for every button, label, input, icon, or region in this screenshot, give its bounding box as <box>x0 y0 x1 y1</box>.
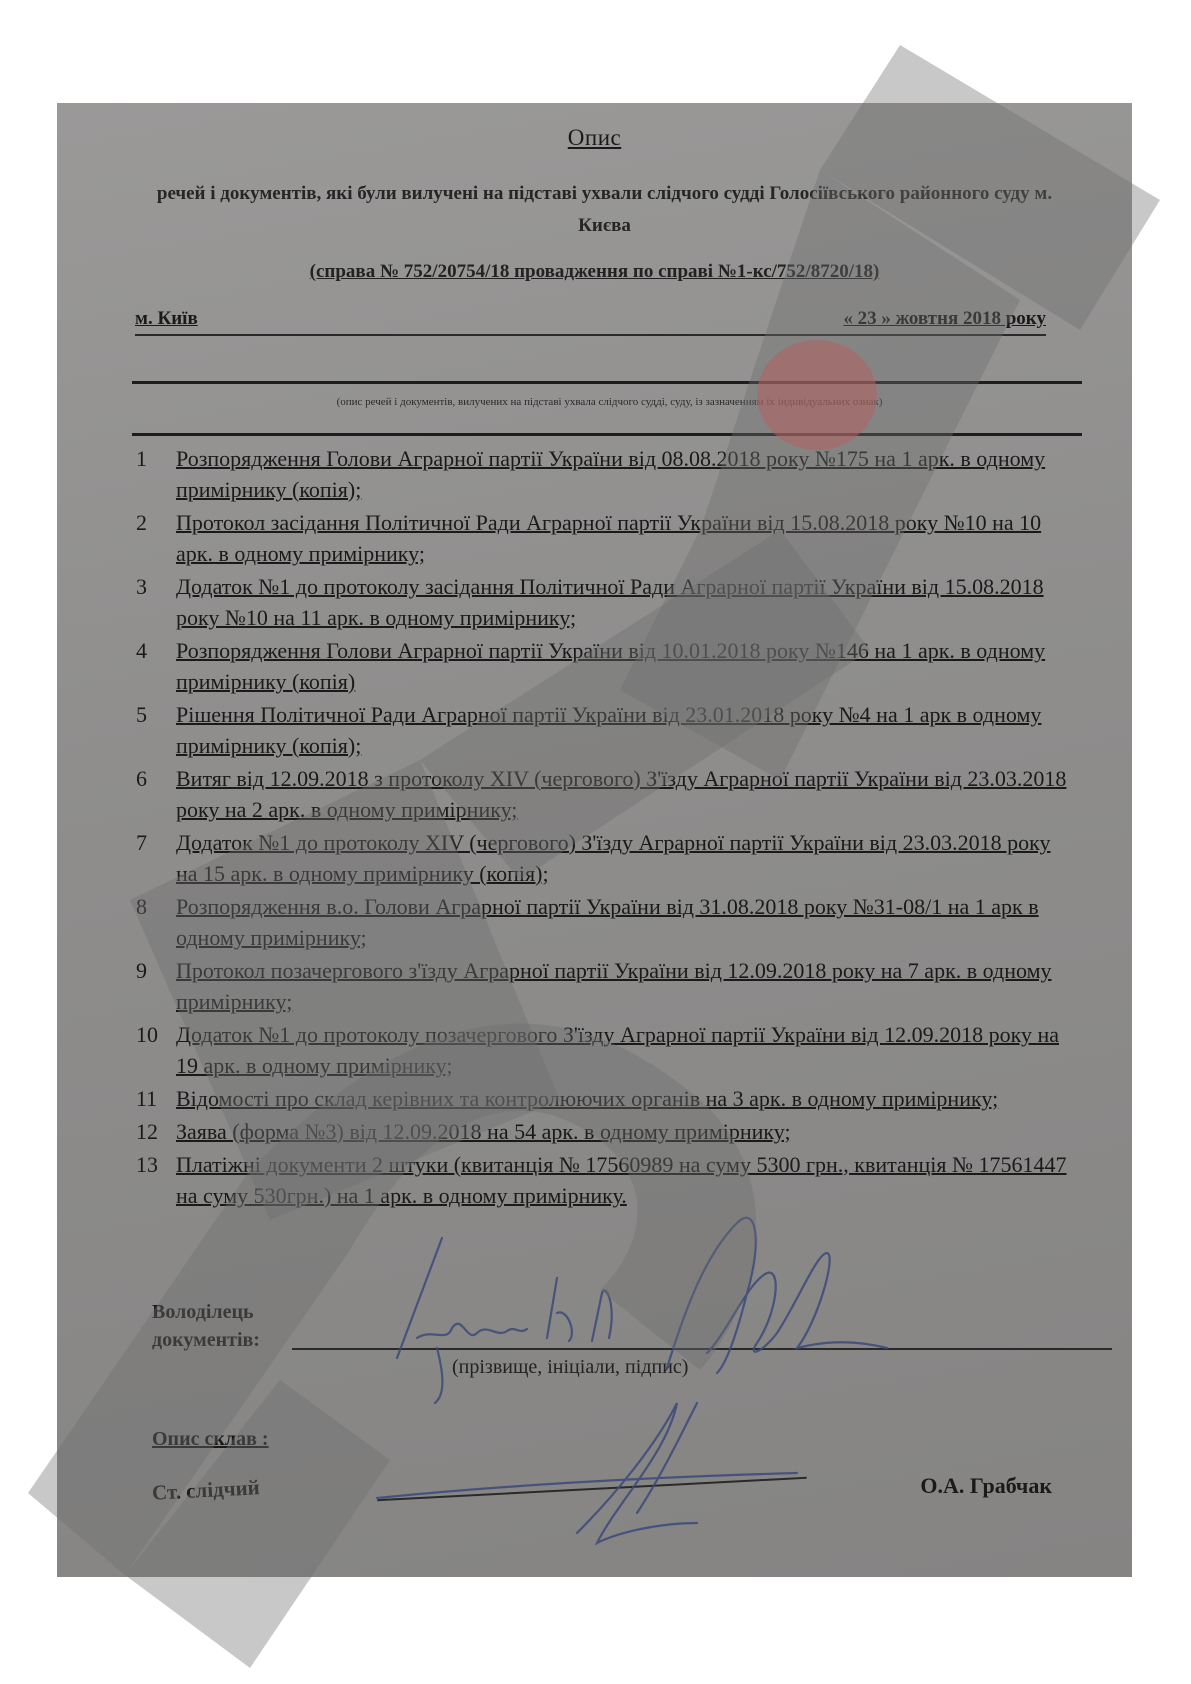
list-item: 2Протокол засідання Політичної Ради Агра… <box>132 507 1077 569</box>
list-item: 11Відомості про склад керівних та контро… <box>132 1083 1077 1114</box>
item-text: Протокол засідання Політичної Ради Аграр… <box>176 507 1077 569</box>
item-text: Відомості про склад керівних та контролю… <box>176 1083 998 1114</box>
item-text: Розпорядження в.о. Голови Аграрної парті… <box>176 891 1077 953</box>
item-number: 7 <box>132 827 176 889</box>
place-date-row: м. Київ « 23 » жовтня 2018 року <box>135 308 1046 336</box>
item-text: Розпорядження Голови Аграрної партії Укр… <box>176 443 1077 505</box>
item-text: Платіжні документи 2 штуки (квитанція № … <box>176 1149 1077 1211</box>
divider <box>132 433 1082 436</box>
list-item: 3Додаток №1 до протоколу засідання Політ… <box>132 571 1077 633</box>
item-number: 2 <box>132 507 176 569</box>
investigator-name: О.А. Грабчак <box>920 1473 1052 1499</box>
list-item: 4Розпорядження Голови Аграрної партії Ук… <box>132 635 1077 697</box>
item-number: 1 <box>132 443 176 505</box>
item-text: Рішення Політичної Ради Аграрної партії … <box>176 699 1077 761</box>
scanned-page: Опис речей і документів, які були вилуче… <box>57 103 1132 1577</box>
composed-by-label: Опис склав : <box>152 1428 269 1451</box>
item-number: 12 <box>132 1116 176 1147</box>
document-title: Опис <box>57 125 1132 151</box>
list-item: 5Рішення Політичної Ради Аграрної партії… <box>132 699 1077 761</box>
item-text: Додаток №1 до протоколу XIV (чергового) … <box>176 827 1077 889</box>
investigator-signature-line <box>377 1477 807 1502</box>
item-number: 8 <box>132 891 176 953</box>
owner-label: Володілець документів: <box>152 1298 260 1354</box>
item-text: Розпорядження Голови Аграрної партії Укр… <box>176 635 1077 697</box>
list-item: 13Платіжні документи 2 штуки (квитанція … <box>132 1149 1077 1211</box>
red-dot-mark <box>757 340 877 450</box>
item-number: 4 <box>132 635 176 697</box>
date: « 23 » жовтня 2018 року <box>843 308 1046 330</box>
item-number: 10 <box>132 1019 176 1081</box>
document-content: Опис речей і документів, які були вилуче… <box>57 103 1132 1577</box>
item-text: Додаток №1 до протоколу позачергового З'… <box>176 1019 1077 1081</box>
item-text: Заява (форма №3) від 12.09.2018 на 54 ар… <box>176 1116 791 1147</box>
list-item: 8Розпорядження в.о. Голови Аграрної парт… <box>132 891 1077 953</box>
list-item: 12Заява (форма №3) від 12.09.2018 на 54 … <box>132 1116 1077 1147</box>
item-number: 5 <box>132 699 176 761</box>
item-text: Витяг від 12.09.2018 з протоколу XIV (че… <box>176 763 1077 825</box>
document-subtitle: речей і документів, які були вилучені на… <box>137 178 1072 242</box>
item-text: Протокол позачергового з'їзду Аграрної п… <box>176 955 1077 1017</box>
owner-label-line1: Володілець <box>152 1298 260 1326</box>
list-item: 6Витяг від 12.09.2018 з протоколу XIV (ч… <box>132 763 1077 825</box>
item-number: 11 <box>132 1083 176 1114</box>
items-caption: (опис речей і документів, вилучених на п… <box>147 396 1072 408</box>
item-number: 9 <box>132 955 176 1017</box>
owner-signature-line <box>292 1348 1112 1350</box>
list-item: 7Додаток №1 до протоколу XIV (чергового)… <box>132 827 1077 889</box>
divider <box>132 381 1082 384</box>
list-item: 9Протокол позачергового з'їзду Аграрної … <box>132 955 1077 1017</box>
item-number: 6 <box>132 763 176 825</box>
owner-label-line2: документів: <box>152 1326 260 1354</box>
item-number: 13 <box>132 1149 176 1211</box>
place: м. Київ <box>135 308 198 330</box>
item-text: Додаток №1 до протоколу засідання Політи… <box>176 571 1077 633</box>
owner-hint: (прізвище, ініціали, підпис) <box>452 1356 688 1379</box>
items-list: 1Розпорядження Голови Аграрної партії Ук… <box>132 443 1077 1213</box>
list-item: 10Додаток №1 до протоколу позачергового … <box>132 1019 1077 1081</box>
case-reference: (справа № 752/20754/18 провадження по сп… <box>57 261 1132 283</box>
investigator-label: Ст. слідчий <box>151 1475 260 1506</box>
item-number: 3 <box>132 571 176 633</box>
list-item: 1Розпорядження Голови Аграрної партії Ук… <box>132 443 1077 505</box>
signature-stroke <box>397 1238 442 1358</box>
